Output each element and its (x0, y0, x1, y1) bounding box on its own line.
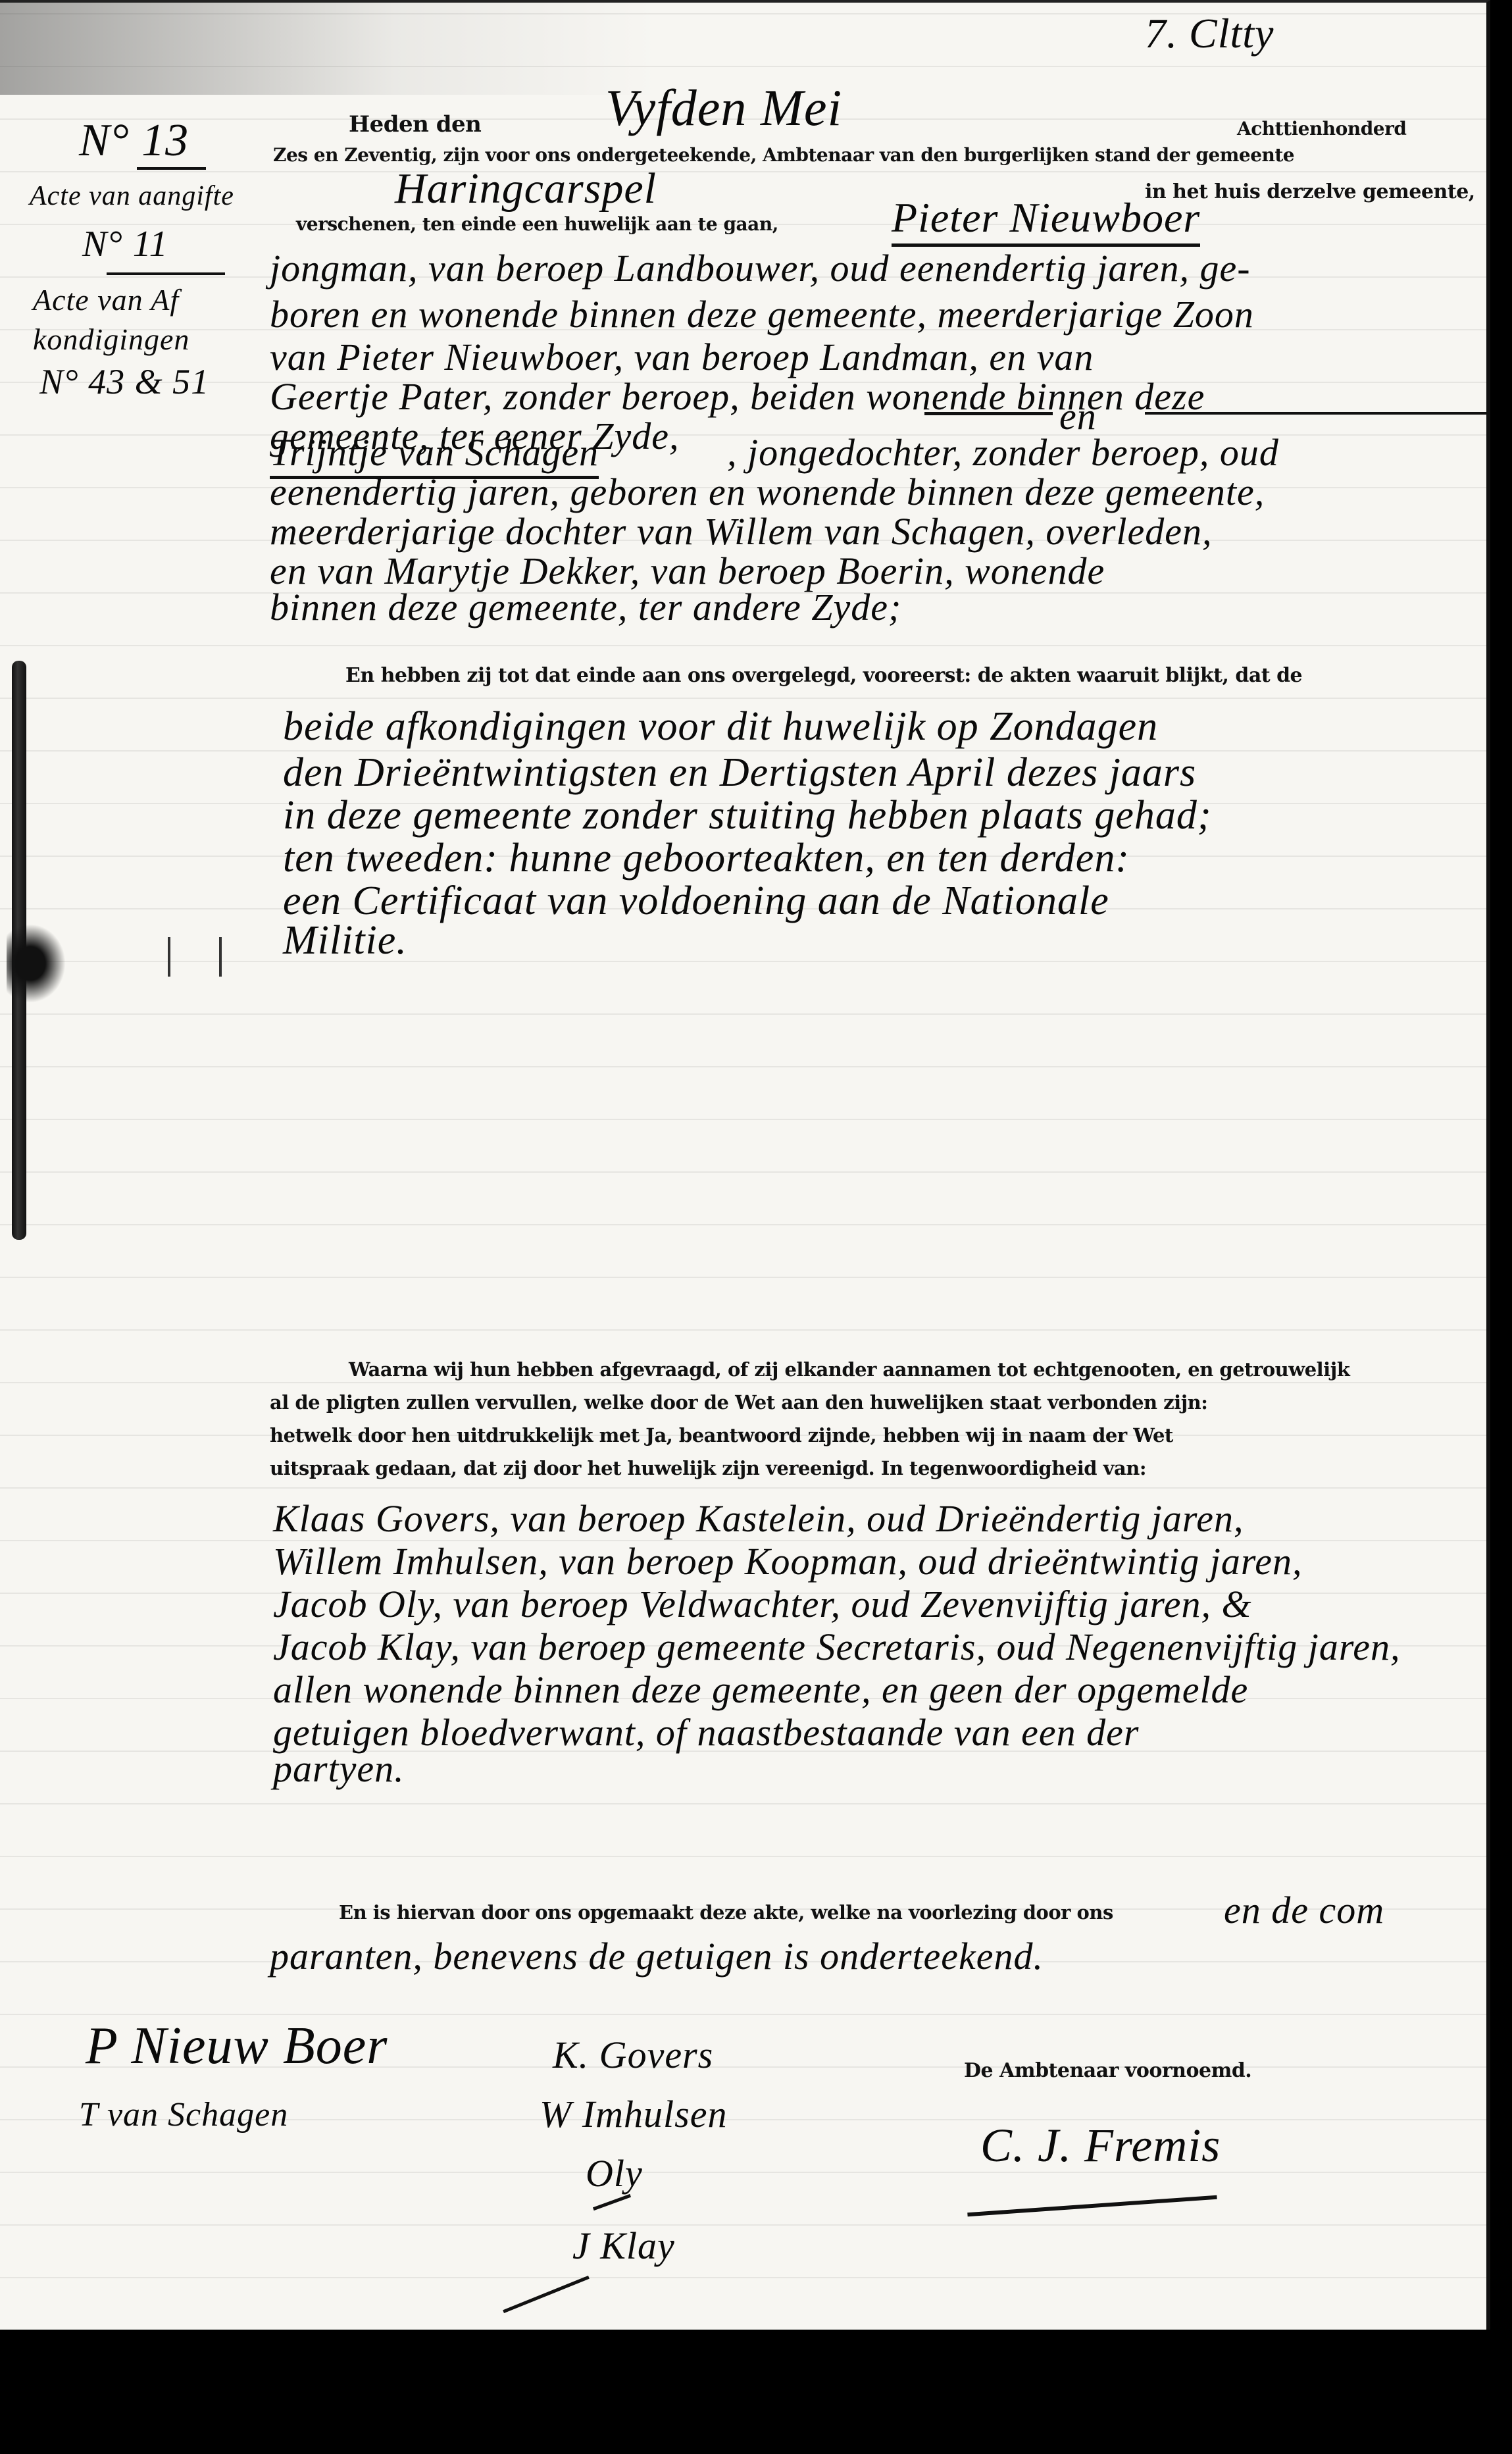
divider (1145, 412, 1487, 415)
closing-hand-line: paranten, benevens de getuigen is ondert… (270, 1934, 1044, 1978)
parties-line: jongman, van beroep Landbouwer, oud eene… (270, 246, 1251, 290)
parties-line: boren en wonende binnen deze gemeente, m… (270, 292, 1254, 336)
groom-signature: P Nieuw Boer (86, 2016, 388, 2076)
heden-den: Heden den (349, 111, 481, 138)
banns-label-2: kondigingen (33, 322, 189, 357)
consent-line: uitspraak gedaan, dat zij door het huwel… (270, 1457, 1146, 1479)
document-page: 7. Cltty N° 13 Acte van aangifte N° 11 A… (0, 0, 1490, 2330)
bride-signature: T van Schagen (79, 2095, 288, 2134)
divider (137, 167, 206, 170)
header-line-2: Zes en Zeventig, zijn voor ons ondergete… (273, 144, 1294, 166)
scan-shadow (0, 3, 658, 95)
scan-border (0, 2330, 1512, 2454)
consent-line: hetwelk door hen uitdrukkelijk met Ja, b… (270, 1424, 1173, 1446)
marriage-date: Vyfden Mei (605, 78, 842, 138)
corner-annotation: 7. Cltty (1145, 9, 1274, 58)
banns-number: N° 43 & 51 (39, 361, 209, 402)
witness-line: partyen. (273, 1747, 405, 1791)
record-number: N° 13 (79, 115, 189, 167)
documents-line: beide afkondigingen voor dit huwelijk op… (283, 703, 1158, 750)
witness-line: Klaas Govers, van beroep Kastelein, oud … (273, 1496, 1244, 1541)
parties-line: binnen deze gemeente, ter andere Zyde; (270, 585, 901, 629)
official-label: De Ambtenaar voornoemd. (964, 2059, 1251, 2082)
achttienhonderd: Achttienhonderd (1237, 118, 1406, 140)
margin-mark (168, 937, 170, 977)
witness-signature: Oly (586, 2151, 643, 2195)
parties-line: meerderjarige dochter van Willem van Sch… (270, 509, 1213, 553)
declaration-number: N° 11 (82, 223, 168, 265)
parties-line: eenendertig jaren, geboren en wonende bi… (270, 470, 1265, 514)
documents-line: den Drieëntwintigsten en Dertigsten Apri… (283, 750, 1196, 796)
signature-flourish (967, 2195, 1217, 2216)
official-signature: C. J. Fremis (980, 2118, 1221, 2173)
witness-signature: W Imhulsen (540, 2092, 727, 2136)
witness-signature: J Klay (572, 2224, 675, 2268)
witness-signature: K. Govers (553, 2033, 713, 2077)
signature-flourish (593, 2194, 631, 2211)
witness-line: Jacob Klay, van beroep gemeente Secretar… (273, 1625, 1400, 1669)
groom-name: Pieter Nieuwboer (892, 193, 1200, 247)
consent-line: Waarna wij hun hebben afgevraagd, of zij… (349, 1358, 1349, 1381)
divider (107, 272, 225, 275)
documents-line: ten tweeden: hunne geboorteakten, en ten… (283, 835, 1130, 882)
documents-printed: En hebben zij tot dat einde aan ons over… (345, 664, 1302, 687)
documents-line: in deze gemeente zonder stuiting hebben … (283, 792, 1212, 839)
witness-line: allen wonende binnen deze gemeente, en g… (273, 1668, 1248, 1712)
margin-mark (219, 937, 222, 977)
closing-hand-tail: en de com (1224, 1888, 1384, 1932)
municipality: Haringcarspel (395, 164, 657, 214)
documents-line: Militie. (283, 917, 407, 964)
declaration-label: Acte van aangifte (30, 180, 234, 212)
divider (924, 412, 1053, 415)
signature-flourish (503, 2276, 590, 2313)
closing-printed: En is hiervan door ons opgemaakt deze ak… (339, 1901, 1113, 1924)
parties-line: van Pieter Nieuwboer, van beroep Landman… (270, 335, 1094, 379)
binding-knot-icon (7, 924, 66, 1003)
banns-label-1: Acte van Af (33, 282, 179, 317)
witness-line: Jacob Oly, van beroep Veldwachter, oud Z… (273, 1582, 1252, 1626)
parties-line: , jongedochter, zonder beroep, oud (727, 430, 1279, 474)
verschenen: verschenen, ten einde een huwelijk aan t… (296, 213, 778, 235)
witness-line: Willem Imhulsen, van beroep Koopman, oud… (273, 1539, 1303, 1583)
consent-line: al de pligten zullen vervullen, welke do… (270, 1391, 1207, 1414)
